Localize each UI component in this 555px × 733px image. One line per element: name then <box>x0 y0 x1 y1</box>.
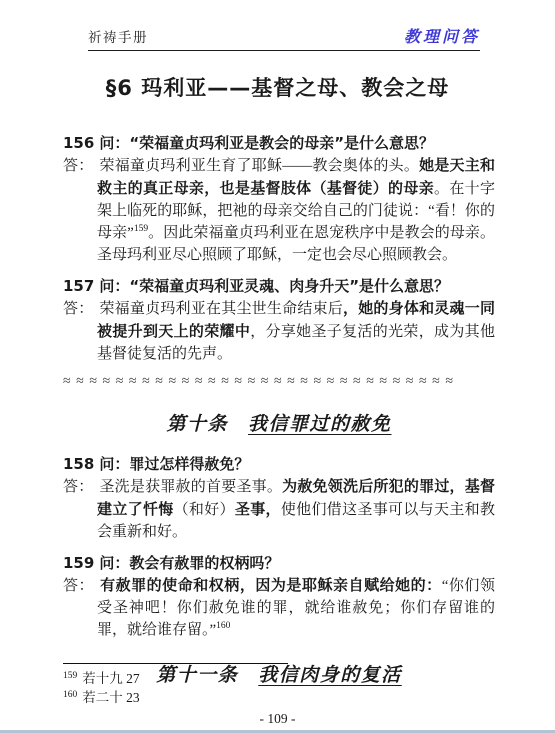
page-container: 祈祷手册 教理问答 §6 玛利亚——基督之母、教会之母 156问：“荣福童贞玛利… <box>0 0 555 733</box>
answer-text: 荣福童贞玛利亚在其尘世生命结束后，她的身体和灵魂一同被提升到天上的荣耀中，分享她… <box>97 301 495 362</box>
question-line: 159问：教会有赦罪的权柄吗？ <box>63 552 495 574</box>
footnote-item: 160若二十 23 <box>63 688 495 707</box>
footnote-separator-rule <box>63 663 288 664</box>
question-number: 158 <box>63 455 94 473</box>
answer-paragraph: 答：荣福童贞玛利亚生育了耶稣——教会奥体的头。她是天主和救主的真正母亲，也是基督… <box>63 154 495 266</box>
page-title: §6 玛利亚——基督之母、教会之母 <box>0 72 555 102</box>
answer-paragraph: 答：荣福童贞玛利亚在其尘世生命结束后，她的身体和灵魂一同被提升到天上的荣耀中，分… <box>63 297 495 365</box>
question-line: 157问：“荣福童贞玛利亚灵魂、肉身升天”是什么意思？ <box>63 275 495 297</box>
answer-label: 答： <box>63 479 93 495</box>
document-body: 156问：“荣福童贞玛利亚是教会的母亲”是什么意思？ 答：荣福童贞玛利亚生育了耶… <box>63 132 495 687</box>
question-number: 157 <box>63 277 94 295</box>
section-heading-10: 第十条我信罪过的赦免 <box>63 409 495 436</box>
answer-text: 圣洗是获罪赦的首要圣事。为赦免领洗后所犯的罪过，基督建立了忏悔（和好）圣事，使他… <box>97 479 495 540</box>
footnote-block: 159若十九 27 160若二十 23 <box>63 663 495 707</box>
answer-text: 荣福童贞玛利亚生育了耶稣——教会奥体的头。她是天主和救主的真正母亲，也是基督肢体… <box>97 158 495 263</box>
footnote-text: 若十九 27 <box>82 671 139 686</box>
footnote-text: 若二十 23 <box>82 690 139 705</box>
wave-separator: ≈≈≈≈≈≈≈≈≈≈≈≈≈≈≈≈≈≈≈≈≈≈≈≈≈≈≈≈≈≈ <box>63 374 495 390</box>
running-header: 祈祷手册 教理问答 <box>88 24 480 51</box>
footnote-number: 160 <box>63 690 77 700</box>
question-number: 156 <box>63 134 94 152</box>
answer-label: 答： <box>63 578 94 594</box>
question-text: 教会有赦罪的权柄吗？ <box>129 554 279 572</box>
question-text: “荣福童贞玛利亚灵魂、肉身升天”是什么意思？ <box>129 277 449 295</box>
answer-label: 答： <box>63 301 93 317</box>
section-label: 第十条 <box>166 414 228 435</box>
answer-paragraph: 答：圣洗是获罪赦的首要圣事。为赦免领洗后所犯的罪过，基督建立了忏悔（和好）圣事，… <box>63 475 495 543</box>
footnote-number: 159 <box>63 671 77 681</box>
question-label: 问： <box>99 134 129 152</box>
qa-block-156: 156问：“荣福童贞玛利亚是教会的母亲”是什么意思？ 答：荣福童贞玛利亚生育了耶… <box>63 132 495 266</box>
question-label: 问： <box>99 277 129 295</box>
question-line: 156问：“荣福童贞玛利亚是教会的母亲”是什么意思？ <box>63 132 495 154</box>
question-label: 问： <box>99 455 129 473</box>
answer-label: 答： <box>63 158 93 174</box>
question-number: 159 <box>63 554 94 572</box>
question-text: “荣福童贞玛利亚是教会的母亲”是什么意思？ <box>129 134 434 152</box>
qa-block-158: 158问：罪过怎样得赦免？ 答：圣洗是获罪赦的首要圣事。为赦免领洗后所犯的罪过，… <box>63 453 495 543</box>
section-title: 我信罪过的赦免 <box>248 414 392 435</box>
page-number: - 109 - <box>0 711 555 727</box>
answer-text: 有赦罪的使命和权柄，因为是耶稣亲自赋给她的：“你们领受圣神吧！你们赦免谁的罪，就… <box>97 578 495 638</box>
footnote-item: 159若十九 27 <box>63 669 495 688</box>
answer-paragraph: 答：有赦罪的使命和权柄，因为是耶稣亲自赋给她的：“你们领受圣神吧！你们赦免谁的罪… <box>63 574 495 641</box>
question-text: 罪过怎样得赦免？ <box>129 455 249 473</box>
question-line: 158问：罪过怎样得赦免？ <box>63 453 495 475</box>
qa-block-157: 157问：“荣福童贞玛利亚灵魂、肉身升天”是什么意思？ 答：荣福童贞玛利亚在其尘… <box>63 275 495 365</box>
header-right-title: 教理问答 <box>404 24 480 47</box>
question-label: 问： <box>99 554 129 572</box>
header-left-title: 祈祷手册 <box>88 26 148 46</box>
qa-block-159: 159问：教会有赦罪的权柄吗？ 答：有赦罪的使命和权柄，因为是耶稣亲自赋给她的：… <box>63 552 495 641</box>
